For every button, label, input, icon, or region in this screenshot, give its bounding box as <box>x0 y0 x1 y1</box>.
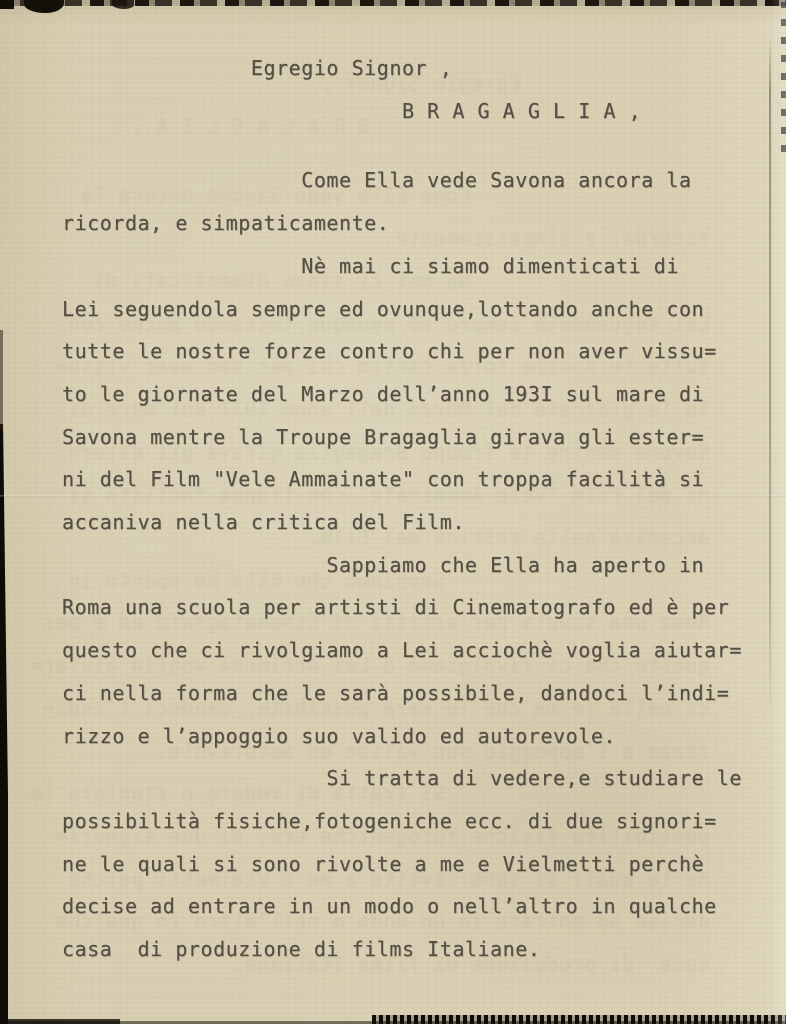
letter-line: tutte le nostre forze contro chi per non… <box>62 330 742 373</box>
letter-line: casa di produzione di films Italiane. <box>62 928 742 971</box>
scan-edge-left <box>0 424 8 1024</box>
letter-line: to le giornate del Marzo dell’anno 193I … <box>62 373 742 416</box>
letter-line: accaniva nella critica del Film. <box>62 501 742 544</box>
letter-line: possibilità fisiche,fotogeniche ecc. di … <box>62 800 742 843</box>
letter-line: Roma una scuola per artisti di Cinematog… <box>62 586 742 629</box>
paper-right-edge-strip <box>770 0 786 1024</box>
scanned-letter-page: Egregio Signor , B R A G A G L I A , Com… <box>0 0 786 1024</box>
letter-line: Lei seguendola sempre ed ovunque,lottand… <box>62 288 742 331</box>
scan-edge-left-faint <box>0 330 3 430</box>
scan-edge-top-blob <box>112 0 134 9</box>
letter-line: Sappiamo che Ella ha aperto in <box>62 544 742 587</box>
letter-line: Si tratta di vedere,e studiare le <box>62 757 742 800</box>
letter-line: ne le quali si sono rivolte a me e Vielm… <box>62 843 742 886</box>
letter-line: Savona mentre la Troupe Bragaglia girava… <box>62 416 742 459</box>
letter-line: questo che ci rivolgiamo a Lei acciochè … <box>62 629 742 672</box>
letter-line: Egregio Signor , <box>62 47 742 90</box>
letter-line: ricorda, e simpaticamente. <box>62 202 742 245</box>
scan-edge-top-blob <box>0 0 14 9</box>
letter-line: B R A G A G L I A , <box>62 90 742 133</box>
letter-line: Come Ella vede Savona ancora la <box>62 159 742 202</box>
scan-edge-bottom-left <box>0 1019 120 1024</box>
scan-edge-top-blob <box>24 0 64 13</box>
letter-line: ni del Film "Vele Ammainate" con troppa … <box>62 458 742 501</box>
letter-line: Nè mai ci siamo dimenticati di <box>62 245 742 288</box>
scan-edge-bottom-comb <box>372 1015 786 1024</box>
letter-line: rizzo e l’appoggio suo valido ed autorev… <box>62 715 742 758</box>
letter-body: Egregio Signor , B R A G A G L I A , Com… <box>62 47 742 971</box>
letter-line: ci nella forma che le sarà possibile, da… <box>62 672 742 715</box>
letter-line: decise ad entrare in un modo o nell’altr… <box>62 885 742 928</box>
